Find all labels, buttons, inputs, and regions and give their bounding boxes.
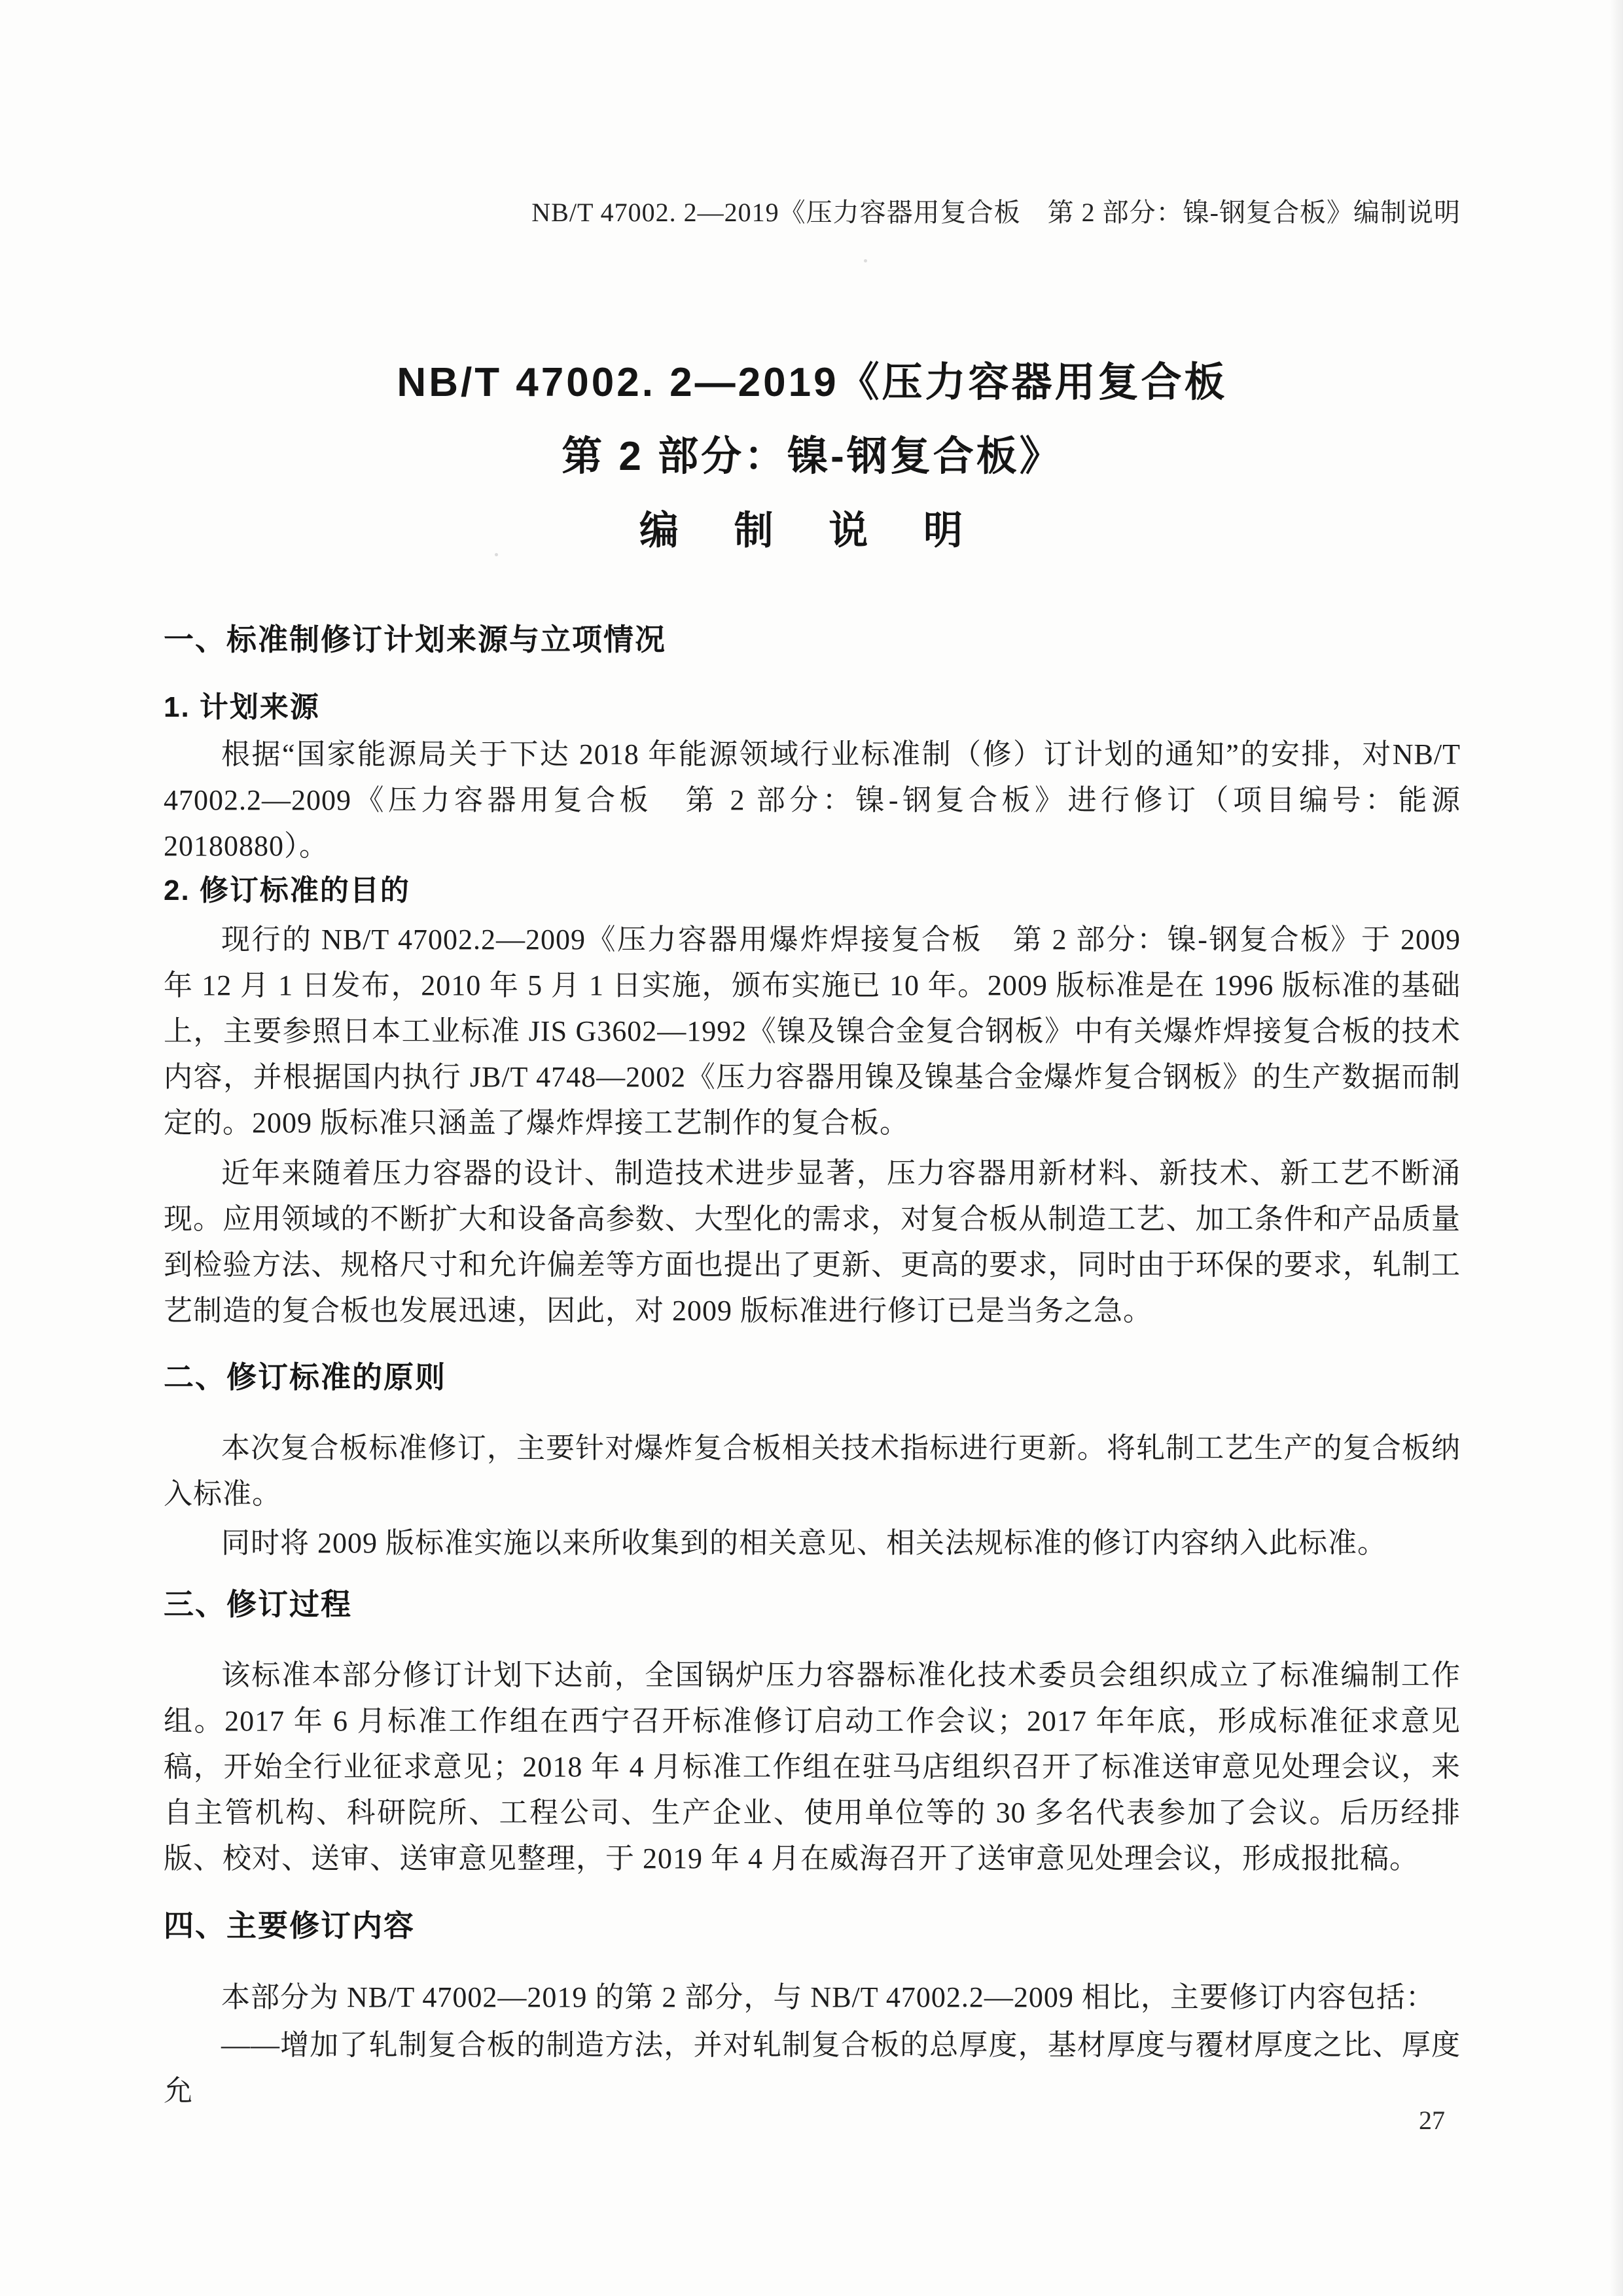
section-4-paragraph-2: ——增加了轧制复合板的制造方法，并对轧制复合板的总厚度，基材厚度与覆材厚度之比、… xyxy=(164,2022,1461,2114)
section-1-sub-1-paragraph: 根据“国家能源局关于下达 2018 年能源领域行业标准制（修）订计划的通知”的安… xyxy=(164,732,1461,869)
page-number: 27 xyxy=(1419,2105,1445,2136)
section-1-subheading-2: 2. 修订标准的目的 xyxy=(164,872,1461,909)
scan-edge-artifact xyxy=(1610,0,1623,2296)
page-header: NB/T 47002. 2—2019《压力容器用复合板 第 2 部分：镍-钢复合… xyxy=(164,196,1461,229)
document-title-line-3: 编 制 说 明 xyxy=(164,493,1461,567)
section-2-paragraph-1: 本次复合板标准修订，主要针对爆炸复合板相关技术指标进行更新。将轧制工艺生产的复合… xyxy=(164,1426,1461,1517)
section-1-sub-2-paragraph-1: 现行的 NB/T 47002.2—2009《压力容器用爆炸焊接复合板 第 2 部… xyxy=(164,917,1461,1146)
section-3-paragraph-1: 该标准本部分修订计划下达前，全国锅炉压力容器标准化技术委员会组织成立了标准编制工… xyxy=(164,1653,1461,1882)
scan-speck xyxy=(864,259,867,262)
section-1-heading: 一、标准制修订计划来源与立项情况 xyxy=(164,620,1461,658)
document-title: NB/T 47002. 2—2019《压力容器用复合板 第 2 部分：镍-钢复合… xyxy=(164,346,1461,567)
section-4-paragraph-1: 本部分为 NB/T 47002—2019 的第 2 部分，与 NB/T 4700… xyxy=(164,1975,1461,2020)
scanned-document-page: NB/T 47002. 2—2019《压力容器用复合板 第 2 部分：镍-钢复合… xyxy=(0,0,1623,2296)
section-2-paragraph-2: 同时将 2009 版标准实施以来所收集到的相关意见、相关法规标准的修订内容纳入此… xyxy=(164,1520,1461,1566)
section-4-heading: 四、主要修订内容 xyxy=(164,1907,1461,1945)
section-1-sub-2-paragraph-2: 近年来随着压力容器的设计、制造技术进步显著，压力容器用新材料、新技术、新工艺不断… xyxy=(164,1151,1461,1334)
section-3-heading: 三、修订过程 xyxy=(164,1585,1461,1623)
document-title-line-1: NB/T 47002. 2—2019《压力容器用复合板 xyxy=(164,346,1461,420)
document-title-line-2: 第 2 部分：镍-钢复合板》 xyxy=(164,420,1461,493)
section-1-subheading-1: 1. 计划来源 xyxy=(164,689,1461,726)
section-2-heading: 二、修订标准的原则 xyxy=(164,1358,1461,1396)
